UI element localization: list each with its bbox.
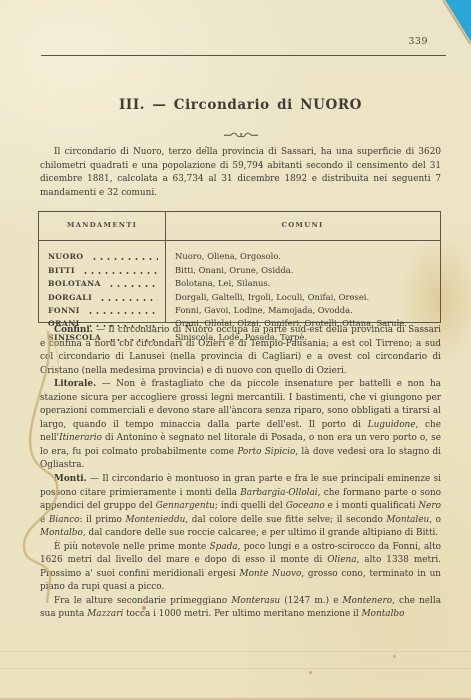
ornament-squiggle-icon	[223, 131, 259, 139]
photo-of-book-page: { "page": { "number": "339", "title": "I…	[0, 0, 471, 700]
paper-stain-spot	[309, 671, 312, 674]
table-row: FONNIFonni, Gavoi, Lodine, Mamojada, Ovo…	[39, 303, 440, 316]
header-rule	[41, 55, 446, 56]
mandamenti-comuni-table: MANDAMENTI COMUNI NUORONuoro, Oliena, Or…	[38, 211, 441, 323]
mandamento-name: FONNI	[48, 306, 80, 316]
mandamento-name: BOLOTANA	[48, 279, 101, 289]
table-header-row: MANDAMENTI COMUNI	[39, 212, 440, 241]
comuni-list: Bolotana, Lei, Silanus.	[165, 278, 440, 289]
paper-crease-line	[0, 668, 471, 669]
table-row: BITTIBitti, Onani, Orune, Osidda.	[39, 262, 440, 275]
page-number: 339	[408, 36, 428, 47]
table-row: NUORONuoro, Oliena, Orgosolo.	[39, 249, 440, 262]
comuni-list: Bitti, Onani, Orune, Osidda.	[165, 265, 440, 276]
mandamento-name: NUORO	[48, 252, 84, 262]
paragraph-monti: Monti. — Il circondario è montuoso in gr…	[40, 473, 441, 541]
table-row: BOLOTANABolotana, Lei, Silanus.	[39, 276, 440, 289]
column-header-mandamenti: MANDAMENTI	[39, 221, 165, 229]
comuni-list: Nuoro, Oliena, Orgosolo.	[165, 251, 440, 262]
paper-crease-line	[0, 651, 471, 652]
dot-leader	[108, 284, 158, 288]
mandamento-name: BITTI	[48, 266, 75, 276]
paper-stain-spot	[393, 655, 396, 658]
paper-stain-spot	[142, 606, 146, 610]
table-row: DORGALIDorgali, Galtelli, Irgoli, Loculi…	[39, 289, 440, 302]
paper-stain-spot	[205, 146, 207, 148]
page-title: III. — Circondario di NUORO	[40, 97, 441, 113]
column-header-comuni: COMUNI	[165, 221, 440, 229]
intro-paragraph: Il circondario di Nuoro, terzo della pro…	[40, 146, 441, 200]
title-ornament	[40, 124, 441, 143]
mandamento-name: DORGALI	[48, 293, 92, 303]
comuni-list: Fonni, Gavoi, Lodine, Mamojada, Ovodda.	[165, 305, 440, 316]
body-text: Confini. — Il circondario di Nuoro occup…	[40, 324, 441, 622]
paragraph-alture-secondarie: Fra le alture secondarie primeggiano Mon…	[40, 595, 441, 622]
dot-leader	[99, 298, 158, 302]
dot-leader	[87, 311, 158, 315]
paragraph-litorale: Litorale. — Non è frastagliato che da pi…	[40, 378, 441, 473]
dot-leader	[82, 271, 158, 275]
table-body: NUORONuoro, Oliena, Orgosolo.BITTIBitti,…	[39, 242, 440, 322]
paragraph-confini: Confini. — Il circondario di Nuoro occup…	[40, 324, 441, 378]
dot-leader	[91, 257, 158, 261]
comuni-list: Dorgali, Galtelli, Irgoli, Loculi, Onifa…	[165, 292, 440, 303]
paper-stain-spot	[351, 295, 354, 298]
paragraph-monte-spada: È più notevole nelle prime monte Spada, …	[40, 541, 441, 595]
book-page: 339 III. — Circondario di NUORO Il circo…	[0, 0, 471, 700]
